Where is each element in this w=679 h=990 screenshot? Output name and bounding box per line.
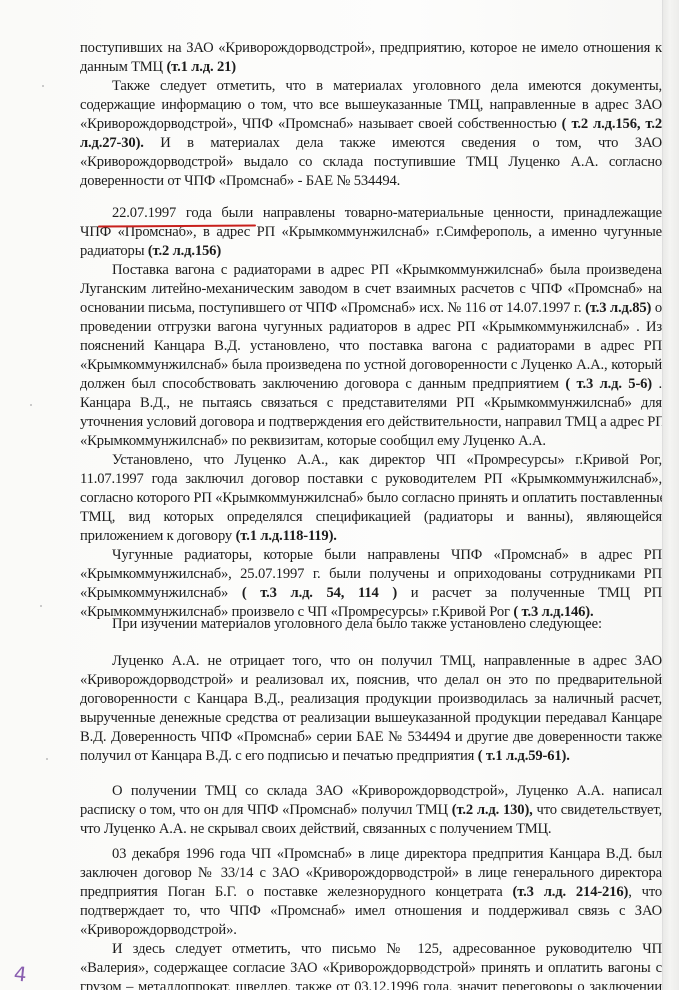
line-text: о [651, 300, 662, 316]
case-reference: л.д.27-30). [80, 135, 144, 151]
text-line: основании письма, поступившего от ЧПФ «П… [80, 299, 662, 318]
case-reference: (т.2 л.д. 130), [452, 802, 533, 818]
line-text: «Крымкоммунжилснаб» была произведена по … [80, 357, 662, 373]
text-line: При изучении материалов уголовного дела … [112, 615, 662, 634]
text-line: «Крымкоммунжилснаб», 25.07.1997 г. были … [80, 565, 662, 584]
text-line: Канцара В.Д., не пытаясь связаться с пре… [80, 394, 662, 413]
line-text: расписку о том, что он для ЧПФ «Промснаб… [80, 802, 452, 818]
text-line: доверенности от ЧПФ «Промснаб» - БАЕ № 5… [80, 172, 662, 191]
line-text: Луганским литейно-механическим заводом в… [80, 281, 662, 297]
case-reference: (т.1 л.д.118-119). [236, 528, 337, 544]
line-text: ТМЦ, вид которых определялся спецификаци… [80, 509, 662, 525]
line-text: При изучении материалов уголовного дела … [112, 616, 602, 632]
line-text: Чугунные радиаторы, которые были направл… [112, 547, 662, 563]
text-line: И здесь следует отметить, что письмо № 1… [112, 940, 662, 959]
line-text: пояснений Канцара В.Д. установлено, что … [80, 338, 662, 354]
text-line: 22.07.1997 года были направлены товарно-… [112, 204, 662, 223]
case-reference: (т.3 л.д.85) [585, 300, 651, 316]
line-text: «Криворождорводстрой». [80, 922, 237, 938]
text-line: «Валерия», содержащее согласие ЗАО «Крив… [80, 959, 662, 978]
case-reference: (т.1 л.д. 21) [166, 59, 236, 75]
text-line: содержащие информацию о том, что все выш… [80, 96, 662, 115]
line-text: «Криворождорводстрой», ЧПФ «Промснаб» на… [80, 116, 562, 132]
text-line: подтверждает то, что ЧПФ «Промснаб» имел… [80, 902, 662, 921]
text-line: Чугунные радиаторы, которые были направл… [112, 546, 662, 565]
line-text: «Крымкоммунжилснаб», 25.07.1997 г. были … [80, 566, 662, 582]
text-line: согласно которого РП «Крымкоммунжилснаб»… [80, 489, 662, 508]
text-line: Установлено, что Луценко А.А., как дирек… [112, 451, 662, 470]
text-line: ТМЦ, вид которых определялся спецификаци… [80, 508, 662, 527]
line-text: проведении отгрузки вагона чугунных ради… [80, 319, 662, 335]
text-line: Луценко А.А. не отрицает того, что он по… [112, 652, 662, 671]
line-text: основании письма, поступившего от ЧПФ «П… [80, 300, 585, 316]
text-line: л.д.27-30). И в материалах дела также им… [80, 134, 662, 153]
text-line: Также следует отметить, что в материалах… [112, 77, 662, 96]
text-line: «Крымкоммунжилснаб» по реквизитам, котор… [80, 432, 662, 451]
line-text: получил от Канцара В.Д. с его подписью и… [80, 748, 478, 764]
line-text: Установлено, что Луценко А.А., как дирек… [112, 452, 662, 468]
line-text: приложением к договору [80, 528, 236, 544]
margin-page-number: 4 [13, 961, 28, 986]
line-text: «Валерия», содержащее согласие ЗАО «Крив… [80, 960, 662, 976]
text-line: «Криворождорводстрой». [80, 921, 662, 940]
text-line: проведении отгрузки вагона чугунных ради… [80, 318, 662, 337]
line-text: предприятия Поган Б.Г. о поставке железн… [80, 884, 513, 900]
text-line: 03 декабря 1996 года ЧП «Промснаб» в лиц… [112, 845, 662, 864]
text-line: приложением к договору (т.1 л.д.118-119)… [80, 527, 662, 546]
line-text: , что [628, 884, 662, 900]
line-text: О получении ТМЦ со склада ЗАО «Криворожд… [112, 783, 662, 799]
line-text: . [652, 376, 662, 392]
line-text: доверенности от ЧПФ «Промснаб» - БАЕ № 5… [80, 173, 400, 189]
line-text: «Крымкоммунжилснаб» по реквизитам, котор… [80, 433, 546, 449]
scan-speck [42, 85, 44, 87]
line-text: «Крымкоммунжилснаб» [80, 585, 242, 601]
line-text: согласно которого РП «Крымкоммунжилснаб»… [80, 490, 662, 506]
line-text: вырученные денежные средства от реализац… [80, 710, 662, 726]
line-text: подтверждает то, что ЧПФ «Промснаб» имел… [80, 903, 662, 919]
text-line: предприятия Поган Б.Г. о поставке железн… [80, 883, 662, 902]
text-line: уточнения условий договора и подтвержден… [80, 413, 662, 432]
scan-speck [40, 605, 42, 607]
text-line: расписку о том, что он для ЧПФ «Промснаб… [80, 801, 662, 820]
text-line: данным ТМЦ (т.1 л.д. 21) [80, 58, 662, 77]
scan-speck [30, 404, 32, 406]
text-line: радиаторы (т.2 л.д.156) [80, 242, 662, 261]
line-text: Также следует отметить, что в материалах… [112, 78, 662, 94]
text-line: О получении ТМЦ со склада ЗАО «Криворожд… [112, 782, 662, 801]
text-line: «Крымкоммунжилснаб» была произведена по … [80, 356, 662, 375]
line-text: должен был способствовать заключению дог… [80, 376, 565, 392]
line-text: И здесь следует отметить, что письмо № 1… [112, 941, 662, 957]
text-line: «Криворождорводстрой» и реализовал их, п… [80, 671, 662, 690]
scan-speck [420, 972, 422, 974]
text-line: пояснений Канцара В.Д. установлено, что … [80, 337, 662, 356]
line-text: В.Д. Доверенность ЧПФ «Промснаб» серии Б… [80, 729, 662, 745]
scanned-document-page: поступивших на ЗАО «Криворождорводстрой»… [0, 0, 679, 990]
text-line: заключен договор № 33/14 с ЗАО «Криворож… [80, 864, 662, 883]
text-line: Луганским литейно-механическим заводом в… [80, 280, 662, 299]
line-text: грузом – металлопрокат, швеллер, также о… [80, 979, 662, 990]
line-text: уточнения условий договора и подтвержден… [80, 414, 662, 430]
page-fold-edge [662, 0, 679, 990]
line-text: поступивших на ЗАО «Криворождорводстрой»… [80, 40, 662, 56]
text-line: грузом – металлопрокат, швеллер, также о… [80, 978, 662, 990]
case-reference: (т.2 л.д.156) [148, 243, 221, 259]
line-text: данным ТМЦ [80, 59, 166, 75]
text-line: договоренности с Канцара В.Д., реализаци… [80, 690, 662, 709]
line-text: Поставка вагона с радиаторами в адрес РП… [112, 262, 662, 278]
scan-speck [46, 758, 48, 760]
text-line: В.Д. Доверенность ЧПФ «Промснаб» серии Б… [80, 728, 662, 747]
line-text: 22.07.1997 года были направлены товарно-… [112, 205, 662, 221]
case-reference: ( т.3 л.д. 5-6) [565, 376, 652, 392]
line-text: 03 декабря 1996 года ЧП «Промснаб» в лиц… [112, 846, 662, 862]
text-line: получил от Канцара В.Д. с его подписью и… [80, 747, 662, 766]
case-reference: ( т.2 л.д.156, т.2 [562, 116, 662, 132]
text-line: «Криворождорводстрой» выдало со склада п… [80, 153, 662, 172]
case-reference: ( т.1 л.д.59-61). [478, 748, 570, 764]
line-text: Луценко А.А. не отрицает того, что он по… [112, 653, 662, 669]
text-line: что Луценко А.А. не скрывал своих действ… [80, 820, 662, 839]
line-text: 11.07.1997 года заключил договор поставк… [80, 471, 662, 487]
line-text: договоренности с Канцара В.Д., реализаци… [80, 691, 662, 707]
line-text: что свидетельствует, [533, 802, 662, 818]
text-line: «Крымкоммунжилснаб» ( т.3 л.д. 54, 114 )… [80, 584, 662, 603]
text-line: поступивших на ЗАО «Криворождорводстрой»… [80, 39, 662, 58]
case-reference: (т.3 л.д. 214-216) [513, 884, 629, 900]
text-line: должен был способствовать заключению дог… [80, 375, 662, 394]
line-text: Канцара В.Д., не пытаясь связаться с пре… [80, 395, 662, 411]
line-text: что Луценко А.А. не скрывал своих действ… [80, 821, 551, 837]
text-line: Поставка вагона с радиаторами в адрес РП… [112, 261, 662, 280]
line-text: «Криворождорводстрой» и реализовал их, п… [80, 672, 662, 688]
scan-speck [296, 968, 298, 970]
line-text: заключен договор № 33/14 с ЗАО «Криворож… [80, 865, 662, 881]
line-text: и расчет за полученные ТМЦ РП [397, 585, 662, 601]
case-reference: ( т.3 л.д. 54, 114 ) [242, 585, 397, 601]
line-text: И в материалах дела также имеются сведен… [144, 135, 662, 151]
line-text: радиаторы [80, 243, 148, 259]
line-text: содержащие информацию о том, что все выш… [80, 97, 662, 113]
line-text: «Криворождорводстрой» выдало со склада п… [80, 154, 662, 170]
text-line: «Криворождорводстрой», ЧПФ «Промснаб» на… [80, 115, 662, 134]
text-line: вырученные денежные средства от реализац… [80, 709, 662, 728]
text-line: 11.07.1997 года заключил договор поставк… [80, 470, 662, 489]
